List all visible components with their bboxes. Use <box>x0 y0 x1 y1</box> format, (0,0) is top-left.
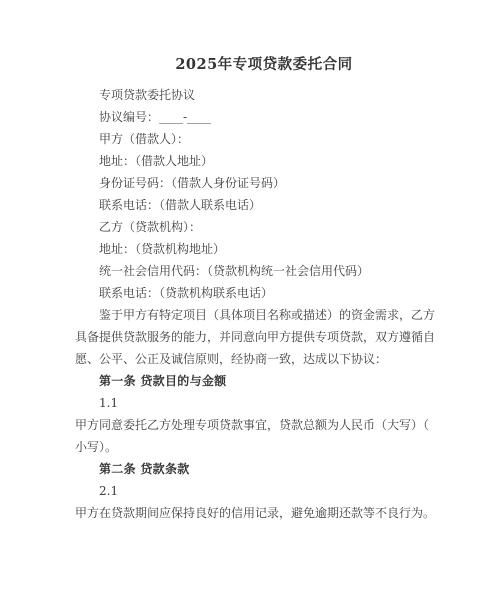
contract-text-line: 地址：（贷款机构地址） <box>75 238 443 260</box>
contract-text-line: 乙方（贷款机构）： <box>75 216 443 238</box>
contract-text-line: 协议编号：____-____ <box>75 106 443 128</box>
contract-text-line: 联系电话：（贷款机构联系电话） <box>75 282 443 304</box>
document-page: 2025年专项贷款委托合同 专项贷款委托协议协议编号：____-____甲方（借… <box>0 0 500 597</box>
contract-text-line: 小写）。 <box>75 436 443 458</box>
contract-text-line: 甲方（借款人）： <box>75 128 443 150</box>
contract-text-line: 第一条 贷款目的与金额 <box>75 370 443 392</box>
contract-text-line: 统一社会信用代码：（贷款机构统一社会信用代码） <box>75 260 443 282</box>
contract-text-line: 愿、公平、公正及诚信原则，经协商一致，达成以下协议： <box>75 348 443 370</box>
contract-text-line: 甲方在贷款期间应保持良好的信用记录，避免逾期还款等不良行为。 <box>75 502 443 524</box>
contract-text-line: 鉴于甲方有特定项目（具体项目名称或描述）的资金需求，乙方 <box>75 304 443 326</box>
contract-text-line: 地址：（借款人地址） <box>75 150 443 172</box>
document-body: 专项贷款委托协议协议编号：____-____甲方（借款人）：地址：（借款人地址）… <box>75 84 443 524</box>
contract-text-line: 具备提供贷款服务的能力，并同意向甲方提供专项贷款，双方遵循自 <box>75 326 443 348</box>
contract-text-line: 身份证号码：（借款人身份证号码） <box>75 172 443 194</box>
contract-text-line: 联系电话：（借款人联系电话） <box>75 194 443 216</box>
contract-text-line: 第二条 贷款条款 <box>75 458 443 480</box>
contract-text-line: 专项贷款委托协议 <box>75 84 443 106</box>
contract-text-line: 甲方同意委托乙方处理专项贷款事宜，贷款总额为人民币（大写）（ <box>75 414 443 436</box>
contract-text-line: 1.1 <box>75 392 443 414</box>
document-title: 2025年专项贷款委托合同 <box>84 54 444 76</box>
contract-text-line: 2.1 <box>75 480 443 502</box>
